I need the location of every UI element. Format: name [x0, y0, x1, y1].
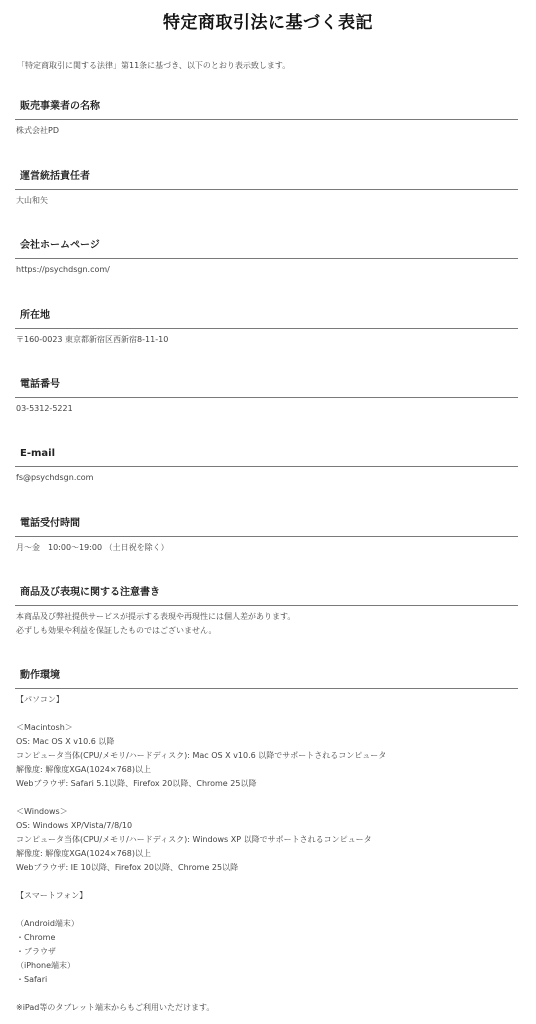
divider: [15, 328, 518, 329]
iphone-label: （iPhone端末）: [16, 959, 518, 973]
spacer: [16, 903, 518, 917]
intro-text: 「特定商取引に関する法律」第11条に基づき、以下のとおり表示致します。: [17, 60, 290, 71]
spacer: [16, 987, 518, 1001]
spacer: [16, 707, 518, 721]
section-body: https://psychdsgn.com/: [15, 263, 518, 277]
smartphone-label: 【スマートフォン】: [16, 889, 518, 903]
section-seller-name: 販売事業者の名称 株式会社PD: [15, 97, 518, 138]
section-heading: 会社ホームページ: [15, 236, 518, 256]
value-text: コンピュータ当体(CPU/メモリ/ハードディスク): Mac OS X v10.…: [16, 749, 518, 763]
section-phone: 電話番号 03-5312-5221: [15, 375, 518, 416]
section-heading: 電話番号: [15, 375, 518, 395]
section-body: 〒160-0023 東京都新宿区西新宿8-11-10: [15, 333, 518, 347]
section-operating-environment: 動作環境 【パソコン】 ＜Macintosh＞ OS: Mac OS X v10…: [15, 666, 518, 1015]
windows-label: ＜Windows＞: [16, 805, 518, 819]
page-title: 特定商取引法に基づく表記: [0, 8, 536, 33]
divider: [15, 605, 518, 606]
value-text: 本商品及び弊社提供サービスが提示する表現や再現性には個人差があります。: [16, 610, 518, 624]
divider: [15, 189, 518, 190]
section-heading: E-mail: [15, 444, 518, 464]
android-label: （Android端末）: [16, 917, 518, 931]
value-text: 大山和矢: [16, 194, 518, 208]
section-heading: 販売事業者の名称: [15, 97, 518, 117]
section-body: 株式会社PD: [15, 124, 518, 138]
section-heading: 商品及び表現に関する注意書き: [15, 583, 518, 603]
divider: [15, 397, 518, 398]
section-body: 月～金 10:00～19:00 （土日祝を除く）: [15, 541, 518, 555]
section-heading: 電話受付時間: [15, 514, 518, 534]
section-product-notice: 商品及び表現に関する注意書き 本商品及び弊社提供サービスが提示する表現や再現性に…: [15, 583, 518, 638]
spacer: [16, 791, 518, 805]
value-text: コンピュータ当体(CPU/メモリ/ハードディスク): Windows XP 以降…: [16, 833, 518, 847]
section-phone-hours: 電話受付時間 月～金 10:00～19:00 （土日祝を除く）: [15, 514, 518, 555]
value-text: Webブラウザ: IE 10以降、Firefox 20以降、Chrome 25以…: [16, 861, 518, 875]
section-body: 【パソコン】 ＜Macintosh＞ OS: Mac OS X v10.6 以降…: [15, 693, 518, 1015]
phone-number: 03-5312-5221: [16, 402, 518, 416]
value-text: ・Safari: [16, 973, 518, 987]
section-operations-manager: 運営統括責任者 大山和矢: [15, 167, 518, 208]
homepage-link[interactable]: https://psychdsgn.com/: [16, 263, 518, 277]
mac-label: ＜Macintosh＞: [16, 721, 518, 735]
divider: [15, 466, 518, 467]
section-heading: 所在地: [15, 306, 518, 326]
value-text: 月～金 10:00～19:00 （土日祝を除く）: [16, 541, 518, 555]
section-body: 大山和矢: [15, 194, 518, 208]
section-address: 所在地 〒160-0023 東京都新宿区西新宿8-11-10: [15, 306, 518, 347]
value-text: 解像度: 解像度XGA(1024×768)以上: [16, 847, 518, 861]
section-body: 本商品及び弊社提供サービスが提示する表現や再現性には個人差があります。 必ずしも…: [15, 610, 518, 638]
value-text: OS: Mac OS X v10.6 以降: [16, 735, 518, 749]
section-email: E-mail fs@psychdsgn.com: [15, 444, 518, 485]
section-heading: 動作環境: [15, 666, 518, 686]
section-body: 03-5312-5221: [15, 402, 518, 416]
tablet-note: ※iPad等のタブレット端末からもご利用いただけます。: [16, 1001, 518, 1015]
spacer: [16, 875, 518, 889]
value-text: Webブラウザ: Safari 5.1以降、Firefox 20以降、Chrom…: [16, 777, 518, 791]
value-text: 〒160-0023 東京都新宿区西新宿8-11-10: [16, 333, 518, 347]
value-text: OS: Windows XP/Vista/7/8/10: [16, 819, 518, 833]
section-company-homepage: 会社ホームページ https://psychdsgn.com/: [15, 236, 518, 277]
value-text: ・ブラウザ: [16, 945, 518, 959]
section-body: fs@psychdsgn.com: [15, 471, 518, 485]
divider: [15, 258, 518, 259]
email-link[interactable]: fs@psychdsgn.com: [16, 471, 518, 485]
value-text: 株式会社PD: [16, 124, 518, 138]
divider: [15, 119, 518, 120]
divider: [15, 688, 518, 689]
value-text: ・Chrome: [16, 931, 518, 945]
divider: [15, 536, 518, 537]
section-heading: 運営統括責任者: [15, 167, 518, 187]
value-text: 必ずしも効果や利益を保証したものではございません。: [16, 624, 518, 638]
value-text: 解像度: 解像度XGA(1024×768)以上: [16, 763, 518, 777]
pc-label: 【パソコン】: [16, 693, 518, 707]
